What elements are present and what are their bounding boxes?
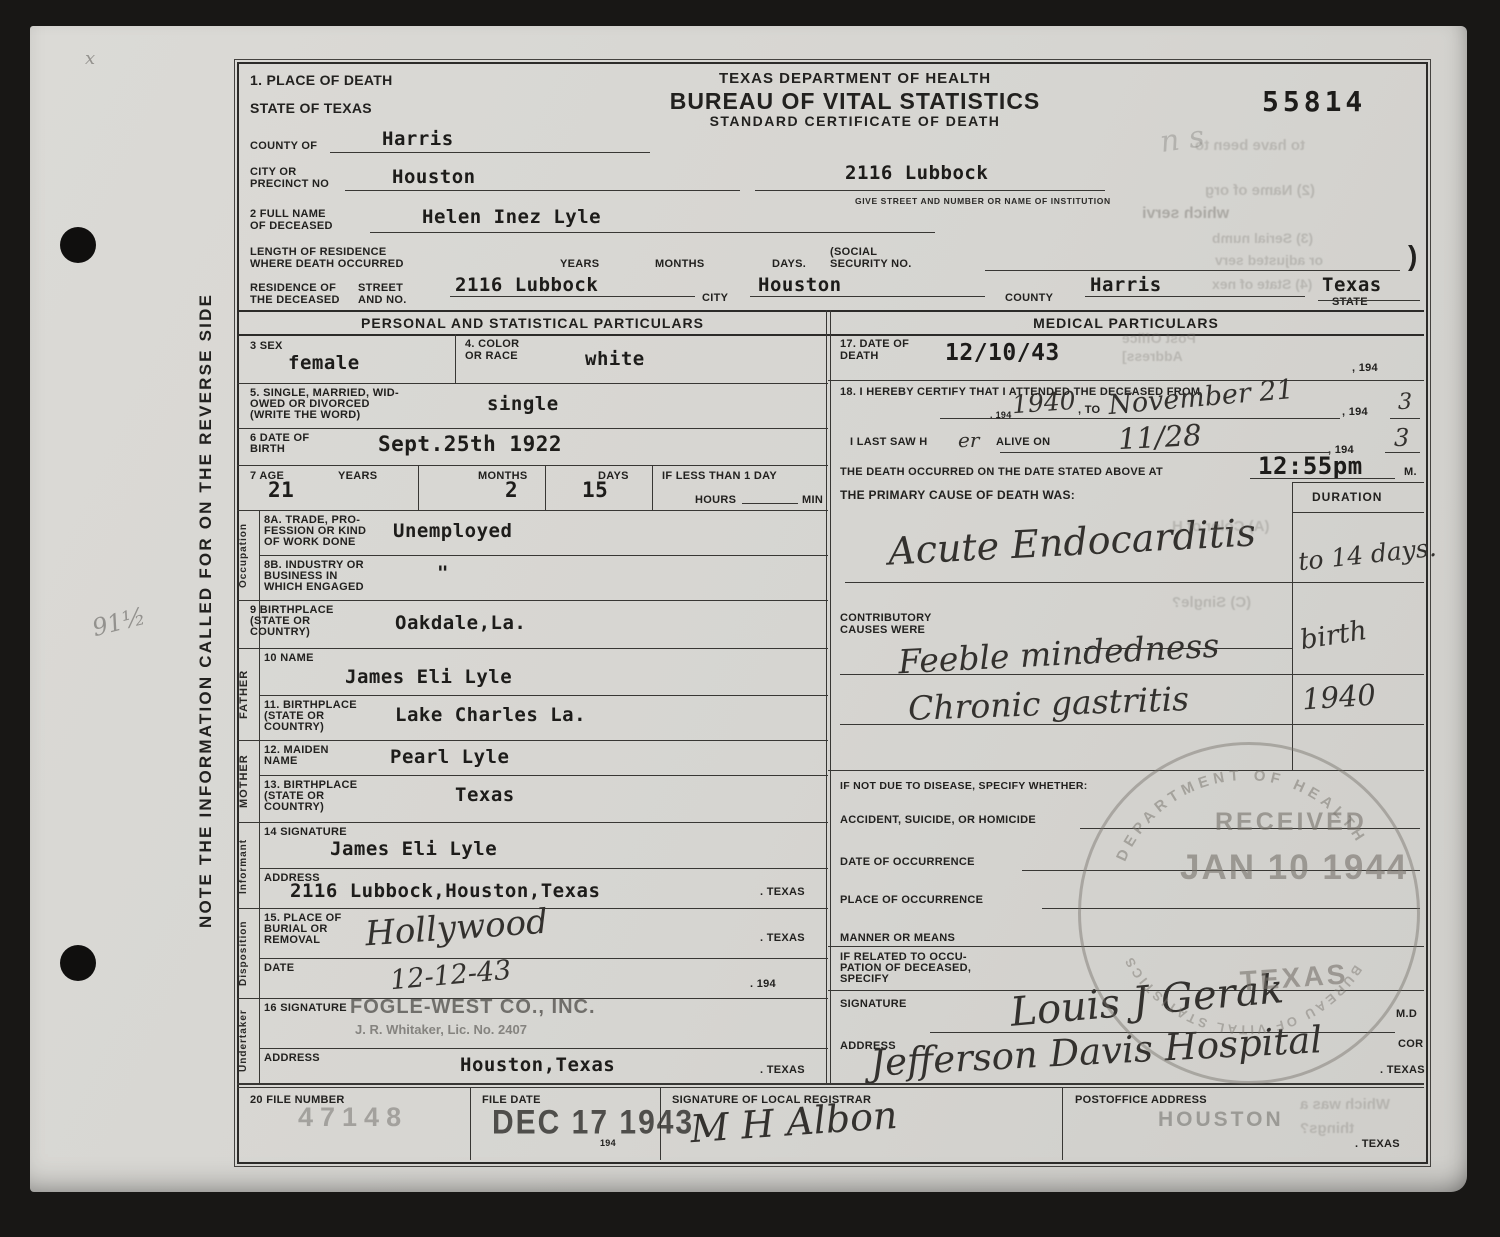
county-value: Harris (382, 128, 454, 150)
bleed-through-text: (4) State of nex (1212, 276, 1312, 292)
texas-suffix: . TEXAS (760, 1064, 805, 1076)
printed-194: , 194 (1352, 362, 1378, 374)
printed-194: . 194 (750, 978, 776, 990)
column-divider (830, 310, 831, 1085)
if-not-due-label: IF NOT DUE TO DISEASE, SPECIFY WHETHER: (840, 780, 1088, 792)
dept-title-2: BUREAU OF VITAL STATISTICS (620, 88, 1090, 115)
ssn-label-2: SECURITY NO. (830, 258, 912, 270)
rule (237, 648, 828, 649)
manner-label: MANNER OR MEANS (840, 932, 955, 944)
months-label: MONTHS (655, 258, 704, 270)
color-label-2: OR RACE (465, 350, 518, 362)
cell-divider (418, 465, 419, 510)
death-time-value: 12:55pm (1258, 452, 1363, 480)
death-occurred-label: THE DEATH OCCURRED ON THE DATE STATED AB… (840, 466, 1163, 478)
trade-value: Unemployed (393, 520, 512, 542)
last-saw-label-2: ALIVE ON (996, 436, 1050, 448)
mother-tab: MOTHER (238, 744, 256, 818)
rule (237, 1087, 1424, 1088)
city2-label: CITY (702, 292, 728, 304)
age-months-label: MONTHS (478, 470, 527, 482)
bleed-through-text: (3) Serial numb (1212, 230, 1313, 246)
punch-hole (60, 227, 96, 263)
rule (1292, 482, 1424, 483)
accident-label: ACCIDENT, SUICIDE, OR HOMICIDE (840, 814, 1036, 826)
sex-label: 3 SEX (250, 340, 283, 352)
bleed-through-text: Address] (1122, 348, 1183, 364)
undertaker-sig-label: 16 SIGNATURE (264, 1002, 347, 1014)
age-years-label: YEARS (338, 470, 377, 482)
rule (1318, 300, 1420, 301)
pencil-mark: x (85, 48, 95, 69)
scanned-death-certificate: NOTE THE INFORMATION CALLED FOR ON THE R… (0, 0, 1500, 1237)
years-label: YEARS (560, 258, 599, 270)
bleed-through-text: (C) Single? (1172, 594, 1251, 611)
texas-suffix: . TEXAS (760, 886, 805, 898)
rule (259, 868, 828, 869)
margin-note: NOTE THE INFORMATION CALLED FOR ON THE R… (196, 280, 216, 940)
birthplace-label-3: COUNTRY) (250, 626, 310, 638)
trade-label-3: OF WORK DONE (264, 536, 356, 548)
rule (259, 1048, 828, 1049)
cell-divider (545, 465, 546, 510)
color-value: white (585, 348, 645, 370)
personal-band: PERSONAL AND STATISTICAL PARTICULARS (237, 310, 828, 336)
duration-label: DURATION (1312, 490, 1382, 504)
postoffice-label: POSTOFFICE ADDRESS (1075, 1094, 1207, 1106)
county2-value: Harris (1090, 274, 1162, 296)
dod-label-1: 17. DATE OF (840, 338, 909, 350)
industry-value: " (437, 562, 449, 584)
county2-label: COUNTY (1005, 292, 1053, 304)
days-label: DAYS. (772, 258, 806, 270)
street-no-value: 2116 Lubbock (455, 274, 598, 296)
father-tab: FATHER (238, 652, 256, 736)
bleed-through-text: (2) Name of org (1205, 182, 1315, 199)
informant-tab: Informant (238, 826, 256, 906)
duration-divider (1292, 482, 1293, 770)
county-label: COUNTY OF (250, 140, 317, 152)
disposition-tab: Disposition (238, 912, 256, 994)
residence2-label-2: THE DECEASED (250, 294, 340, 306)
city-value: Houston (392, 166, 476, 188)
occupation-rel-label-3: SPECIFY (840, 973, 889, 985)
last-saw-date-handwriting: 11/28 (1117, 418, 1202, 456)
texas-suffix: . TEXAS (760, 932, 805, 944)
rule (828, 380, 1424, 381)
undertaker-addr-label: ADDRESS (264, 1052, 320, 1064)
burial-label-3: REMOVAL (264, 934, 320, 946)
age-months-value: 2 (505, 478, 518, 502)
rule (259, 775, 828, 776)
last-saw-er-handwriting: er (958, 428, 979, 452)
undertaker-addr-value: Houston,Texas (460, 1054, 615, 1076)
rule (330, 152, 650, 153)
fullname-label-1: 2 FULL NAME (250, 208, 326, 220)
mother-bp-label-3: COUNTRY) (264, 801, 324, 813)
file-number-stamp: 47148 (298, 1102, 408, 1133)
paren-glyph: ) (1408, 240, 1418, 272)
ssn-label-1: (SOCIAL (830, 246, 877, 258)
cell-divider (1062, 1087, 1063, 1160)
bleed-through-text: Which was a (1300, 1096, 1390, 1113)
undertaker-stamp-2: J. R. Whitaker, Lic. No. 2407 (355, 1022, 527, 1037)
marital-label-3: (WRITE THE WORD) (250, 409, 361, 421)
dept-title-1: TEXAS DEPARTMENT OF HEALTH (620, 70, 1090, 87)
rule (1385, 452, 1420, 453)
undertaker-stamp-1: FOGLE-WEST CO., INC. (350, 996, 596, 1019)
informant-addr-value: 2116 Lubbock,Houston,Texas (290, 880, 600, 902)
rule (259, 555, 828, 556)
fullname-label-2: OF DECEASED (250, 220, 333, 232)
bleed-through-text: which servi (1142, 205, 1229, 223)
rule (370, 232, 935, 233)
city2-value: Houston (758, 274, 842, 296)
rule (755, 190, 1105, 191)
residence-label-2: WHERE DEATH OCCURRED (250, 258, 404, 270)
birthplace-value: Oakdale,La. (395, 612, 526, 634)
rule (237, 600, 828, 601)
rule (259, 958, 828, 959)
father-bp-label-3: COUNTRY) (264, 721, 324, 733)
father-bp-value: Lake Charles La. (395, 704, 586, 726)
institution-caption: GIVE STREET AND NUMBER OR NAME OF INSTIT… (855, 196, 1111, 206)
maiden-value: Pearl Lyle (390, 746, 509, 768)
date-occurrence-label: DATE OF OCCURRENCE (840, 856, 975, 868)
cell-divider (455, 334, 456, 383)
place-of-death-label: 1. PLACE OF DEATH (250, 72, 393, 88)
father-name-value: James Eli Lyle (345, 666, 512, 688)
received-stamp-ring-text: DEPARTMENT OF HEALTH BUREAU OF VITAL STA… (1078, 742, 1414, 1078)
rule (985, 270, 1400, 271)
age-days-value: 15 (582, 478, 608, 502)
institution-value: 2116 Lubbock (845, 162, 988, 184)
received-stamp-line1: RECEIVED (1215, 808, 1367, 837)
state2-value: Texas (1322, 274, 1382, 296)
certificate-number: 55814 (1262, 85, 1366, 118)
rule (259, 695, 828, 696)
column-divider (826, 310, 827, 1085)
rule (237, 383, 828, 384)
rule (1292, 512, 1424, 513)
rule (450, 296, 695, 297)
to-label: , TO (1078, 404, 1100, 416)
postoffice-stamp: HOUSTON (1158, 1108, 1284, 1132)
file-date-stamp: DEC 17 1943 (492, 1103, 694, 1142)
contributory-label-1: CONTRIBUTORY (840, 612, 932, 624)
bleed-through-text: Post Office (1122, 330, 1196, 346)
maiden-label-2: NAME (264, 755, 298, 767)
dob-value: Sept.25th 1922 (378, 432, 562, 456)
last-saw-label-1: I LAST SAW H (850, 436, 928, 448)
father-name-label: 10 NAME (264, 652, 314, 664)
rule (237, 822, 828, 823)
color-label-1: 4. COLOR (465, 338, 519, 350)
bleed-through-text: or adjusted serv (1215, 252, 1323, 268)
rule (840, 724, 1424, 725)
rule (345, 190, 740, 191)
cell-divider (470, 1087, 471, 1160)
rule (237, 465, 828, 466)
received-stamp-line2: JAN 10 1944 (1180, 848, 1408, 888)
bleed-through-text: (A) Color of H (1172, 518, 1269, 535)
rule (237, 740, 828, 741)
informant-sig-label: 14 SIGNATURE (264, 826, 347, 838)
contributory-label-2: CAUSES WERE (840, 624, 925, 636)
primary-cause-label: THE PRIMARY CAUSE OF DEATH WAS: (840, 488, 1075, 502)
bleed-through-text: to have been to (1195, 137, 1305, 154)
dod-label-2: DEATH (840, 350, 879, 362)
rule (845, 582, 1424, 583)
dod-value: 12/10/43 (945, 340, 1060, 366)
rule (750, 296, 985, 297)
rule (1390, 418, 1420, 419)
cell-divider (652, 465, 653, 510)
punch-hole (60, 945, 96, 981)
rule (1085, 296, 1305, 297)
rule (237, 510, 828, 511)
min-label: MIN (802, 494, 823, 506)
city-label-1: CITY OR (250, 166, 297, 178)
rule (1250, 478, 1395, 479)
informant-sig-value: James Eli Lyle (330, 838, 497, 860)
physician-sig-label: SIGNATURE (840, 998, 907, 1010)
state-of-texas-label: STATE OF TEXAS (250, 100, 372, 116)
hours-label: HOURS (695, 494, 736, 506)
rule (742, 503, 798, 504)
bleed-through-text: things? (1300, 1120, 1354, 1137)
residence2-label-1: RESIDENCE OF (250, 282, 336, 294)
printed-194: 194 (600, 1138, 616, 1148)
dept-title-3: STANDARD CERTIFICATE OF DEATH (620, 113, 1090, 129)
place-occurrence-label: PLACE OF OCCURRENCE (840, 894, 983, 906)
fullname-value: Helen Inez Lyle (422, 206, 601, 228)
residence-label-1: LENGTH OF RESIDENCE (250, 246, 387, 258)
dob-label-2: BIRTH (250, 443, 285, 455)
city-label-2: PRECINCT NO (250, 178, 329, 190)
contributory-b-duration: 1940 (1301, 677, 1377, 716)
mother-bp-value: Texas (455, 784, 515, 806)
rule (840, 674, 1424, 675)
street-no-label-1: STREET (358, 282, 403, 294)
state2-label: STATE (1332, 296, 1368, 308)
street-no-label-2: AND NO. (358, 294, 407, 306)
m-label: M. (1404, 466, 1417, 478)
to-year-handwriting: 3 (1398, 390, 1412, 415)
texas-suffix: . TEXAS (1355, 1138, 1400, 1150)
undertaker-tab: Undertaker (238, 1002, 256, 1080)
sex-value: female (288, 352, 360, 374)
if-less-label: IF LESS THAN 1 DAY (662, 470, 777, 482)
marital-value: single (487, 393, 559, 415)
printed-194: , 194 (1342, 406, 1368, 418)
last-saw-year-handwriting: 3 (1394, 424, 1409, 452)
age-years-value: 21 (268, 478, 294, 502)
rule (940, 418, 1340, 419)
occupation-tab: Occupation (238, 514, 256, 596)
rule (237, 428, 828, 429)
industry-label-3: WHICH ENGAGED (264, 581, 364, 593)
attended-from-handwriting: 1940 (1011, 386, 1076, 419)
burial-date-label: DATE (264, 962, 294, 974)
